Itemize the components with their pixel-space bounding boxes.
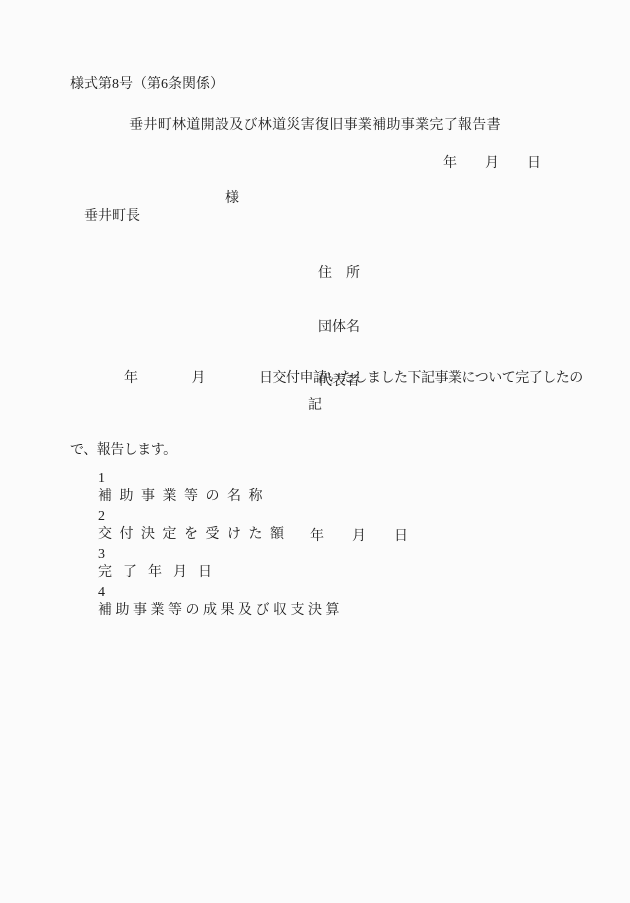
addressee-honorific: 様 (225, 190, 239, 208)
item-label: 補助事業等の成果及び収支決算 (98, 603, 343, 618)
item-row-4: 4 補助事業等の成果及び収支決算 (84, 566, 343, 656)
item-number: 2 (98, 508, 119, 526)
submitter-address-label: 住 所 (318, 265, 360, 283)
item-number: 1 (98, 470, 119, 488)
form-number: 様式第8号（第6条関係） (70, 76, 224, 94)
record-heading: 記 (0, 397, 630, 415)
body-line-1: 年 月 日交付申請いたしました下記事業について完了したの (70, 367, 583, 391)
document-title: 垂井町林道開設及び林道災害復旧事業補助事業完了報告書 (0, 117, 630, 135)
report-date-line: 年 月 日 (443, 155, 541, 173)
addressee-line: 垂井町長 様 (70, 190, 140, 262)
item-number: 3 (98, 546, 119, 564)
item-value: 年 月 日 (310, 528, 408, 546)
addressee-name: 垂井町長 (84, 209, 140, 224)
document-page: 様式第8号（第6条関係） 垂井町林道開設及び林道災害復旧事業補助事業完了報告書 … (0, 0, 630, 903)
item-number: 4 (98, 584, 119, 602)
